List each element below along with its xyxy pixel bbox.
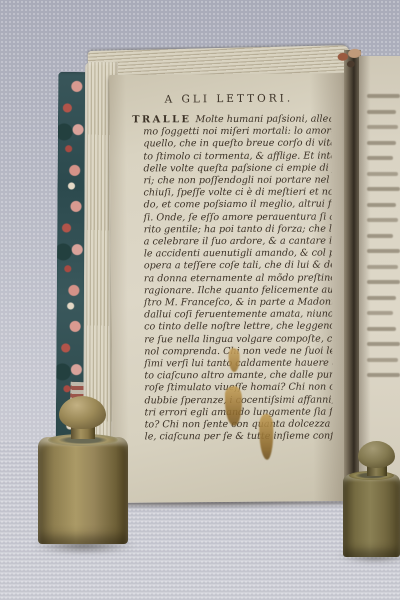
text-line: mo ſoggetti noi miſeri mortali: lo amore…	[132, 126, 331, 139]
text-line: rito gentile; ha poi tanto di forza; che…	[133, 223, 332, 236]
opening-word: TRALLE	[132, 114, 191, 125]
illegible-text-line	[367, 203, 396, 207]
illegible-text-line	[367, 249, 400, 253]
illegible-text-line	[367, 296, 396, 300]
illegible-text-line	[367, 327, 396, 331]
right-page-text-lines	[367, 94, 400, 389]
illegible-text-line	[367, 141, 396, 145]
illegible-text-line	[367, 342, 400, 346]
illegible-text-line	[367, 311, 393, 315]
text-line: ſtro M. Franceſco, & in parte a Madonna …	[133, 297, 332, 310]
text-line: to ſtimolo ci tormenta, & afflige. Et in…	[132, 150, 331, 163]
text-line: ragionare. Ilche quanto felicemente auen…	[133, 284, 332, 297]
illegible-text-line	[367, 218, 398, 222]
text-line: co tinto delle noſtre lettre, che leggen…	[133, 321, 332, 334]
illegible-text-line	[367, 265, 398, 269]
text-line-first: TRALLEMolte humani paſsioni, allequai ſi…	[132, 114, 331, 127]
photo-scene: A GLI LETTORI. TRALLEMolte humani paſsio…	[0, 0, 400, 600]
text-line: dallui coſi feruentemente amata, niuno è…	[133, 309, 332, 322]
illegible-text-line	[367, 125, 398, 129]
text-line: chiuſi, ſpeſſe volte ci è di meſtieri et…	[133, 187, 332, 200]
text-line: le, ciaſcuna per ſe & tutte inſieme conſ…	[134, 431, 333, 444]
illegible-text-line	[367, 373, 400, 377]
illegible-text-line	[367, 156, 393, 160]
text-line: do, et come poſsiamo il meglio, altrui f…	[133, 199, 332, 212]
text-line: a celebrare il ſuo ardore, & a cantare i…	[133, 236, 332, 249]
page-stain	[259, 414, 273, 460]
weight-body	[38, 437, 128, 544]
illegible-text-line	[367, 234, 393, 238]
text-line: re ſue nella lingua volgare compoſte, ch…	[133, 333, 332, 346]
first-line-text: Molte humani paſsioni, allequai ſia	[195, 114, 331, 126]
text-line: opera a teſſere coſe tali, che di lui & …	[133, 260, 332, 273]
weight-knob	[59, 396, 106, 429]
illegible-text-line	[367, 187, 400, 191]
illegible-text-line	[367, 280, 400, 284]
text-line: quello, che in queſto breue corſo di vit…	[132, 138, 331, 151]
text-line: delle volte queſta paſsione ci empie di …	[132, 162, 331, 175]
text-line: ri; che non poſſendogli noi portare nel …	[132, 175, 331, 188]
text-line: le accidenti auenutigli amando, & col pe…	[133, 248, 332, 261]
text-line: ſi. Onde, ſe eſſo amore perauentura ſi a…	[133, 211, 332, 224]
weight-knob	[358, 441, 395, 468]
illegible-text-line	[367, 358, 398, 362]
weight-body	[343, 474, 400, 557]
right-page	[359, 56, 400, 506]
left-page: A GLI LETTORI. TRALLEMolte humani paſsio…	[109, 73, 352, 503]
illegible-text-line	[367, 172, 398, 176]
illegible-text-line	[367, 110, 396, 114]
page-header: A GLI LETTORI.	[109, 92, 348, 106]
text-line: ra donna eternamente al mõdo preſtino ma…	[133, 272, 332, 285]
illegible-text-line	[367, 94, 400, 98]
